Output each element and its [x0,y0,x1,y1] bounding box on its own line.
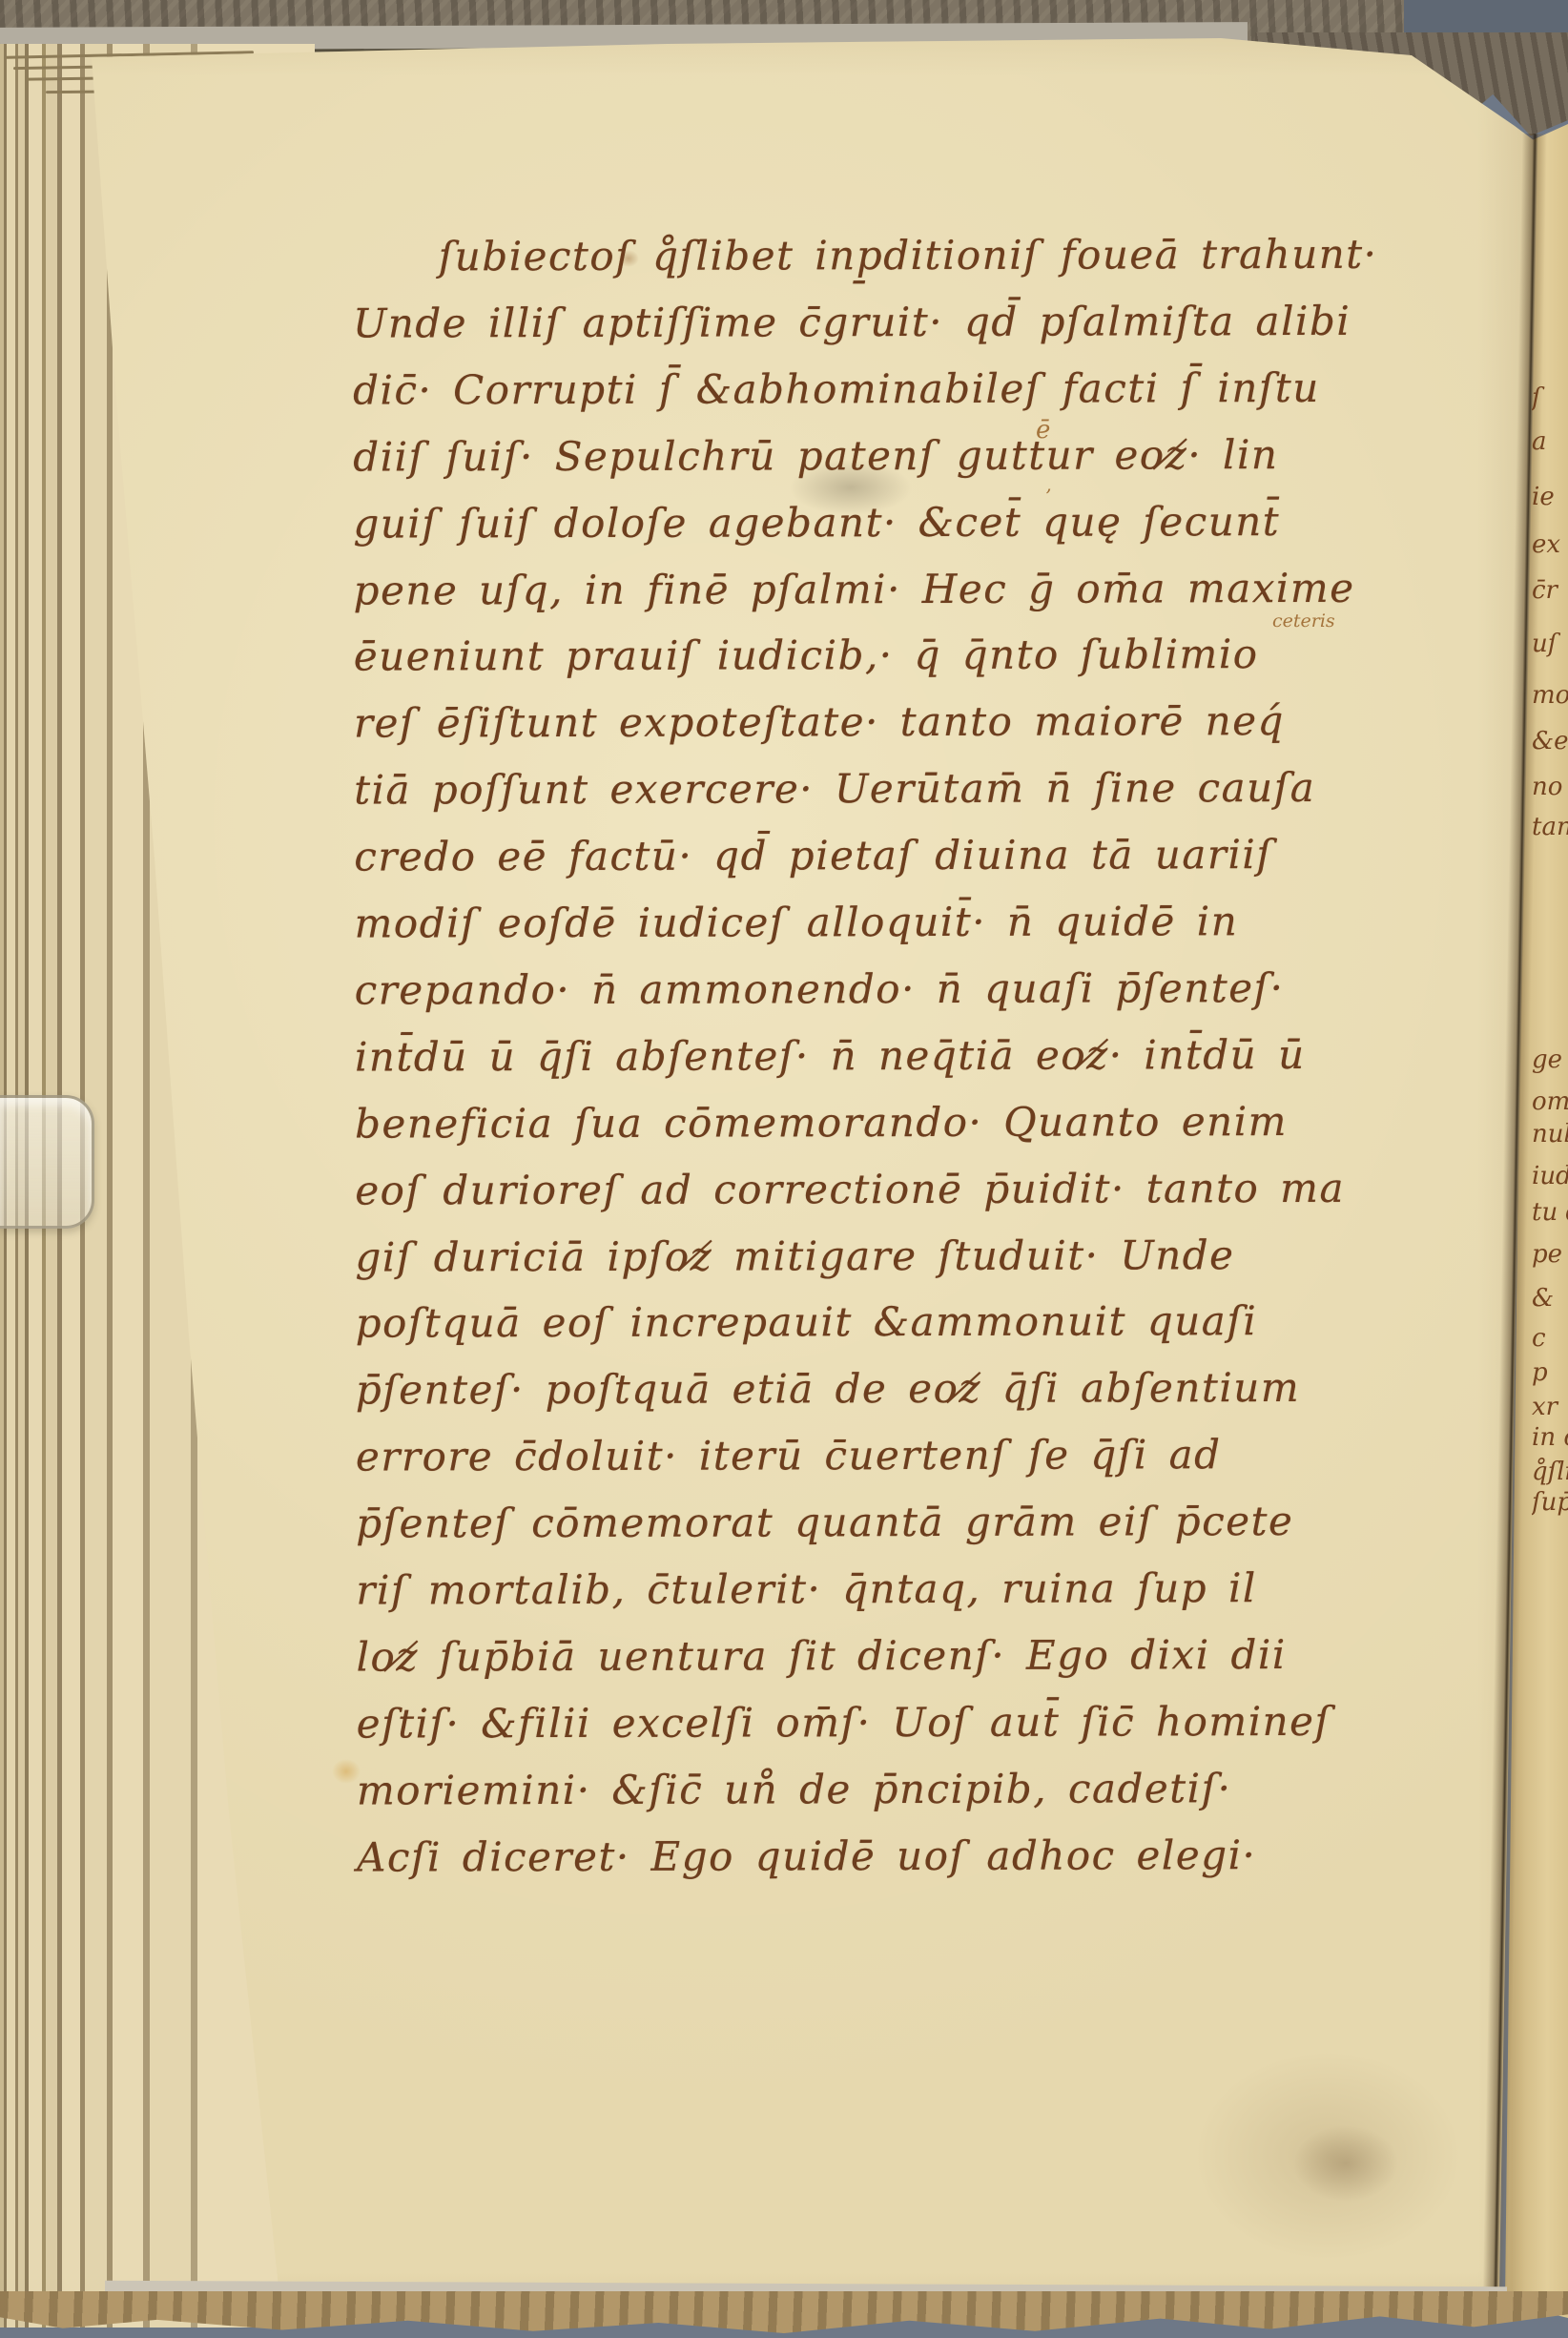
manuscript-text-line: eſtiſ· &filii excelſi om̄ſ· Uoſ aut̄ ſic… [357,1693,1331,1753]
manuscript-text-line: riſ mortalib, c̄tulerit· q̄ntaq, ruina ſ… [356,1560,1257,1619]
manuscript-text-line: guiſ ſuiſ doloſe agebant· &cet̄ quę ſecu… [353,493,1280,553]
facing-page-text-fragment: xr [1532,1393,1568,1421]
facing-page-text-fragment: in c [1532,1423,1568,1452]
manuscript-photo: ſubiectoſ q̊ſlibet inp̱ditioniſ foueā tr… [0,0,1568,2338]
facing-page-text-fragment: ex [1532,530,1568,559]
manuscript-text-line: loz̸ ſup̄biā uentura ſit dicenſ· Ego dix… [356,1626,1286,1686]
manuscript-text-line: Acſi diceret· Ego quidē uoſ adhoc elegi· [357,1827,1256,1886]
facing-page-text-fragment: om [1532,1087,1568,1116]
facing-page-text-fragment: mo [1532,681,1568,710]
manuscript-text-block: ſubiectoſ q̊ſlibet inp̱ditioniſ foueā tr… [353,225,1483,1945]
facing-page-text-fragment: ie [1532,483,1568,511]
facing-page-text-fragment: no [1532,773,1568,801]
facing-page-text-fragment: a [1532,427,1568,456]
manuscript-text-line: credo eē factū· qd̄ pietaſ diuina tā uar… [354,826,1272,886]
facing-page-text-fragment: tan [1532,813,1568,841]
manuscript-text-line: tiā poſſunt exercere· Uerūtam̄ n̄ ſine c… [354,759,1315,819]
manuscript-text-line: p̄ſenteſ cōmemorat quantā grām eiſ p̄cet… [356,1493,1293,1553]
manuscript-text-line: giſ duriciā ipſoz̸ mitigare ſtuduit· Und… [355,1227,1234,1286]
manuscript-text-line: beneficia ſua cōmemorando· Quanto enim [355,1093,1288,1153]
interlinear-gloss: ceteris [1272,610,1335,631]
manuscript-text-line: dic̄· Corrupti ſ̄ &abhominabileſ facti ſ… [353,360,1320,420]
manuscript-text-line: reſ ēſiſtunt expoteſtate· tanto maiorē n… [354,693,1285,753]
manuscript-text-line: p̄ſenteſ· poſtquā etiā de eoz̸ q̄ſi abſe… [356,1359,1300,1419]
facing-page-text-fragment: uſ [1532,630,1568,658]
manuscript-text-line: poſtquā eoſ increpauit &ammonuit quaſi [356,1293,1258,1352]
manuscript-text-line: int̄dū ū q̄ſi abſenteſ· n̄ neq̄tiā eoz̸·… [355,1026,1306,1086]
manuscript-text-line: eoſ durioreſ ad correctionē p̄uidit· tan… [355,1159,1345,1219]
manuscript-text-line: ſubiectoſ q̊ſlibet inp̱ditioniſ foueā tr… [353,226,1378,286]
facing-page-text-fragment: tu d [1532,1198,1568,1227]
facing-page-text-fragment: ſup̄d [1532,1488,1568,1517]
facing-page-text-fragment: ge [1532,1045,1568,1074]
bookmark-tab [0,1095,94,1229]
facing-page-text-fragment: iudi [1532,1162,1568,1190]
manuscript-text-line: diiſ ſuiſ· Sepulchrū patenſ guttur eoz̸·… [353,426,1278,486]
facing-page-text-fragment: ſ [1532,383,1568,412]
facing-page-text-fragment: q̊ſlib [1532,1458,1568,1486]
facing-page-text-fragment: nul [1532,1120,1568,1148]
facing-page-text-fragment: &e [1532,727,1568,755]
manuscript-text-line: moriemini· &ſic̄ un̊ de p̄ncipib, cadeti… [357,1760,1232,1819]
manuscript-text-line: pene uſq, in finē pſalmi· Hec ḡ om̄a max… [354,559,1355,619]
facing-page-text-fragment: c [1532,1324,1568,1353]
manuscript-text-line: Unde illiſ aptiſſime c̄gruit· qd̄ pſalmi… [353,293,1351,353]
facing-page-text-fragment: & [1532,1284,1568,1313]
manuscript-text-line: crepando· n̄ ammonendo· n̄ quaſi p̄ſente… [355,960,1285,1020]
facing-page-text-fragment: pe [1532,1240,1568,1269]
interlinear-gloss: ’ [1045,485,1051,507]
facing-page-text-fragment: p [1532,1358,1568,1387]
manuscript-text-line: ēueniunt prauiſ iudicib,· q̄ q̄nto ſubli… [354,626,1259,685]
facing-page-text-fragment: c̄r [1532,576,1568,605]
interlinear-gloss: ē [1036,416,1050,445]
manuscript-text-line: modiſ eoſdē iudiceſ alloquit̄· n̄ quidē … [354,893,1238,952]
manuscript-text-line: errore c̄doluit· iterū c̄uertenſ ſe q̄ſi… [356,1426,1222,1485]
